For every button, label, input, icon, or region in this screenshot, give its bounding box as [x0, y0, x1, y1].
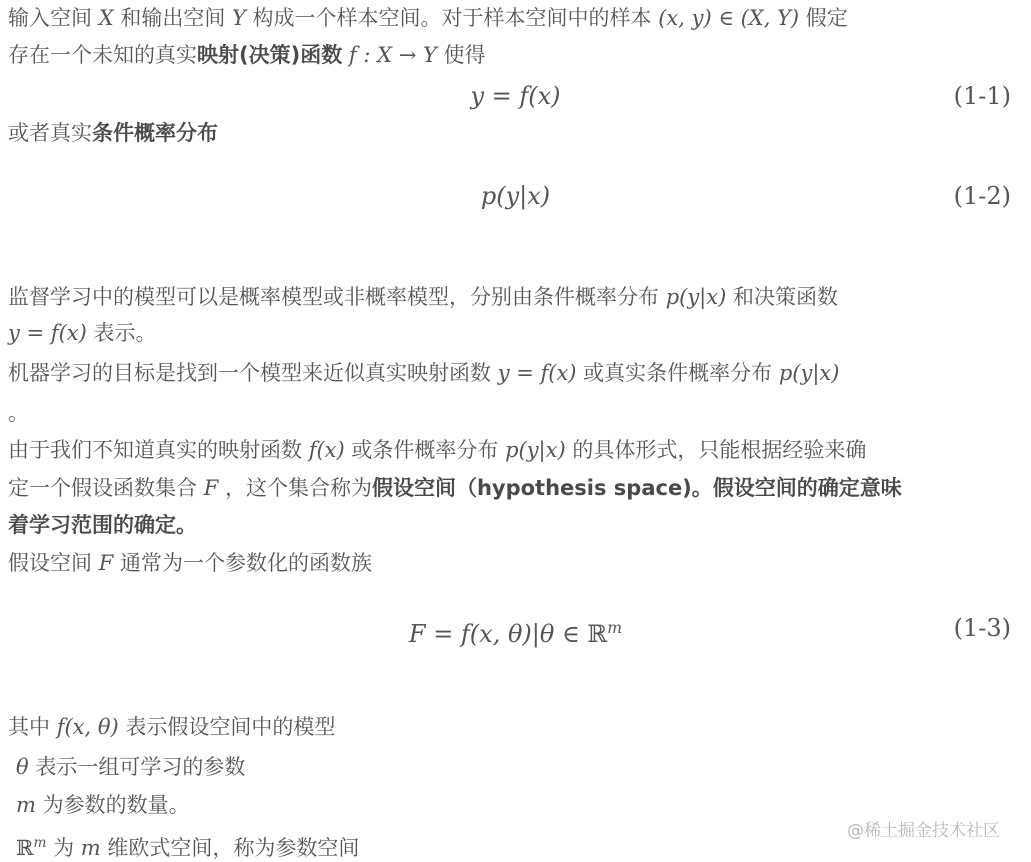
math-inline: p(y|x): [779, 361, 840, 385]
watermark: @稀土掘金技术社区: [847, 816, 1000, 841]
text: 监督学习中的模型可以是概率模型或非概率模型，分别由条件概率分布: [8, 285, 666, 309]
text: 使得: [437, 43, 486, 67]
equation-body: p(y|x): [0, 176, 1031, 216]
text: 的具体形式，只能根据经验来确: [566, 438, 867, 462]
text: 由于我们不知道真实的映射函数: [8, 438, 309, 462]
text: 或者真实: [8, 121, 92, 145]
text: 存在一个未知的真实: [8, 43, 197, 67]
math-inline: f(x): [309, 438, 345, 462]
superscript: m: [607, 619, 622, 637]
math-inline: f : X → Y: [349, 43, 437, 67]
text: 表示。: [87, 321, 157, 345]
equation-1-3: F = f(x, θ)|θ ∈ ℝm (1-3): [0, 608, 1031, 648]
math-inline: p(y|x): [666, 285, 727, 309]
math-inline: F: [204, 476, 219, 500]
text: 和决策函数: [726, 285, 838, 309]
text: 和输出空间: [114, 6, 232, 30]
paragraph-line: 其中 f(x, θ) 表示假设空间中的模型: [8, 712, 335, 742]
text: 假定: [799, 6, 848, 30]
paragraph-line: 由于我们不知道真实的映射函数 f(x) 或条件概率分布 p(y|x) 的具体形式…: [8, 435, 866, 465]
paragraph-line: 定一个假设函数集合 F ，这个集合称为假设空间（hypothesis space…: [8, 473, 902, 503]
math-inline: F: [99, 551, 114, 575]
text: 为: [46, 836, 80, 860]
text: 表示一组可学习的参数: [29, 755, 246, 779]
paragraph-line: y = f(x) 表示。: [8, 318, 157, 348]
paragraph-line: 。: [8, 398, 29, 428]
text: 为参数的数量。: [36, 793, 190, 817]
paragraph-line: 或者真实条件概率分布: [8, 118, 218, 148]
text: 机器学习的目标是找到一个模型来近似真实映射函数: [8, 361, 498, 385]
math-inline: m: [81, 836, 101, 860]
bold-text: 映射(决策)函数: [197, 43, 342, 67]
math-inline: X: [99, 6, 114, 30]
bold-text: 着学习范围的确定。: [8, 513, 197, 537]
equation-1-1: y = f(x) (1-1): [0, 76, 1031, 116]
text: ，这个集合称为: [218, 476, 372, 500]
math-inline: y = f(x): [498, 361, 577, 385]
paragraph-line: m 为参数的数量。: [16, 790, 190, 820]
text: 构成一个样本空间。对于样本空间中的样本: [246, 6, 658, 30]
paragraph-line: θ 表示一组可学习的参数: [16, 752, 245, 782]
paragraph-line: 机器学习的目标是找到一个模型来近似真实映射函数 y = f(x) 或真实条件概率…: [8, 358, 839, 388]
equation-lhs: F = f(x, θ)|θ ∈: [409, 620, 587, 648]
real-set-symbol: ℝ: [16, 836, 33, 860]
text: 或真实条件概率分布: [577, 361, 779, 385]
math-inline: m: [16, 793, 36, 817]
text: 通常为一个参数化的函数族: [113, 551, 372, 575]
paragraph-line: ℝm 为 m 维欧式空间，称为参数空间: [16, 828, 359, 862]
paragraph-line: 监督学习中的模型可以是概率模型或非概率模型，分别由条件概率分布 p(y|x) 和…: [8, 282, 838, 312]
equation-1-2: p(y|x) (1-2): [0, 176, 1031, 216]
real-set-symbol: ℝ: [587, 620, 607, 648]
math-inline: (x, y) ∈ (X, Y): [658, 6, 799, 30]
math-inline: θ: [16, 755, 29, 779]
equation-number: (1-2): [954, 176, 1011, 216]
text: 维欧式空间，称为参数空间: [101, 836, 360, 860]
text: [342, 43, 349, 67]
math-inline: Y: [232, 6, 246, 30]
paragraph-line: 着学习范围的确定。: [8, 510, 197, 540]
math-inline: y = f(x): [8, 321, 87, 345]
text: 表示假设空间中的模型: [119, 715, 336, 739]
paragraph-line: 存在一个未知的真实映射(决策)函数 f : X → Y 使得: [8, 40, 486, 70]
math-inline: f(x, θ): [57, 715, 119, 739]
math-inline: p(y|x): [505, 438, 566, 462]
text: 假设空间: [8, 551, 99, 575]
superscript: m: [33, 835, 46, 851]
equation-number: (1-1): [954, 76, 1011, 116]
equation-body: y = f(x): [0, 76, 1031, 116]
text: 其中: [8, 715, 57, 739]
text: 或条件概率分布: [345, 438, 505, 462]
bold-text: 假设空间（hypothesis space)。假设空间的确定意味: [372, 476, 902, 500]
bold-text: 条件概率分布: [92, 121, 218, 145]
paragraph-line: 假设空间 F 通常为一个参数化的函数族: [8, 548, 372, 578]
paragraph-line: 输入空间 X 和输出空间 Y 构成一个样本空间。对于样本空间中的样本 (x, y…: [8, 3, 848, 33]
equation-number: (1-3): [954, 608, 1011, 648]
equation-body: F = f(x, θ)|θ ∈ ℝm: [0, 608, 1031, 654]
text: 。: [8, 401, 29, 425]
text: 定一个假设函数集合: [8, 476, 204, 500]
text: 输入空间: [8, 6, 99, 30]
